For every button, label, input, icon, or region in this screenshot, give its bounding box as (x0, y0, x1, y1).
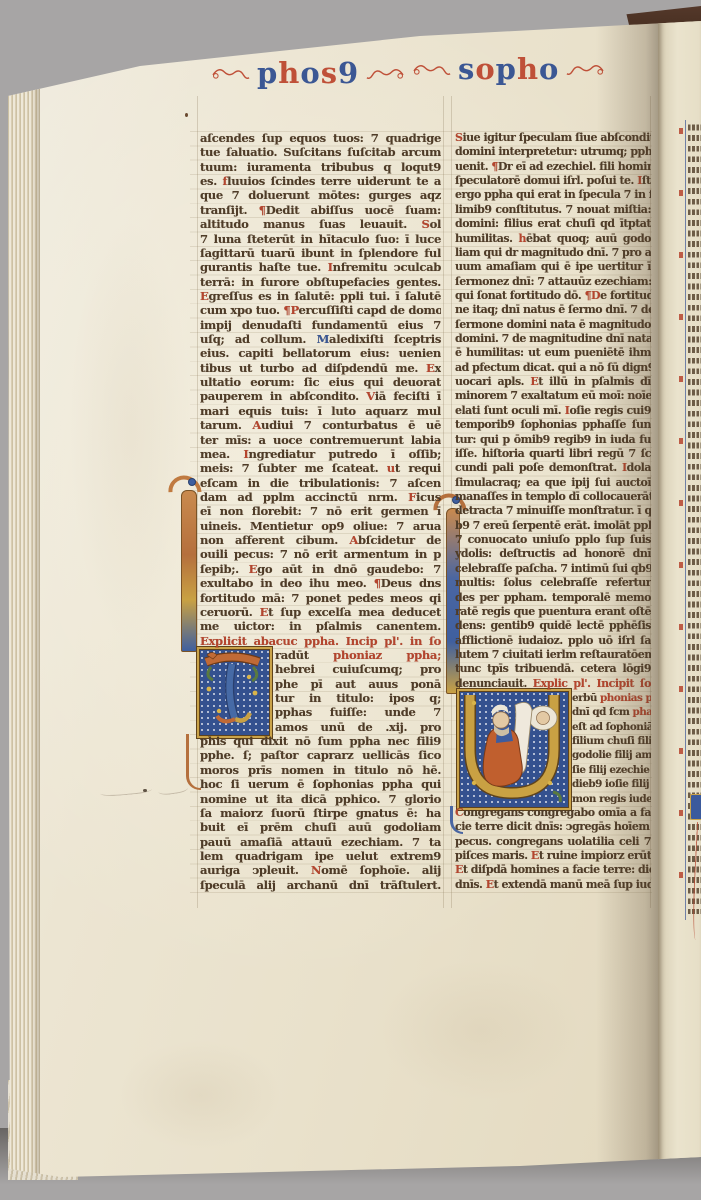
text-segment: icus (416, 490, 441, 504)
text-segment: uineis. Mentietur op9 oliue: 7 arua (200, 519, 441, 533)
initial-extender-bar (181, 490, 197, 652)
running-title-letter: o (300, 56, 320, 90)
text-segment: ultatio eorum: ſic eius qui deuorat (200, 375, 441, 389)
text-line: pauū amaſiā attauū ezechiam. 7 ta (200, 835, 441, 849)
text-segment: nfremitu ↄculcab (333, 260, 441, 274)
text-line: non afferent cibum. Abſcidetur de (200, 533, 441, 547)
text-line: lem quadrigam ipe uelut extrem9 (200, 849, 441, 863)
text-line: me uictor: in pſalmis canentem. (200, 619, 441, 633)
text-segment: tur in titulo: ipos q; (275, 691, 441, 705)
text-segment: F (408, 490, 416, 504)
text-line: tarum. Audiui 7 conturbatus ē uē (200, 418, 441, 432)
text-segment: tranſijt. (200, 203, 259, 217)
text-segment: altitudo manus ſuas leuauit. (200, 217, 422, 231)
parchment-stain (380, 960, 580, 1100)
text-line: 7 luna ſteterūt in hītaculo ſuo: ī luce (200, 232, 441, 246)
text-segment: phoniaz ppha; (333, 648, 441, 662)
text-line: ſagittarū tuarū ibunt in ſplendore ful (200, 246, 441, 260)
initial-bar-finial (188, 478, 196, 486)
text-segment: gurantis haſte tue. (200, 260, 328, 274)
facing-page-sliver (658, 18, 701, 1163)
text-column-left: aſcendes ſup equos tuos: 7 quadrigetue ſ… (200, 131, 441, 892)
text-segment: t requi (395, 461, 441, 475)
text-segment: auriga ↄpleuit. (200, 863, 311, 877)
text-segment: denunciauit. (455, 677, 533, 690)
text-segment: qui ſonat fortitudo dō. (455, 289, 585, 302)
running-title-letter: s (321, 56, 338, 90)
running-title-letter: o (475, 52, 495, 86)
text-segment: non afferent cibum. (200, 533, 349, 547)
text-segment: eſcam in die tribulationis: 7 aſcen (200, 476, 441, 490)
text-segment: ceruorū. (200, 605, 260, 619)
text-line: uſq; ad collum. Maledixiſti ſceptris (200, 332, 441, 346)
parchment-speck (185, 113, 188, 117)
text-segment: amos unū de .xij. pro (275, 720, 441, 734)
text-line: ultatio eorum: ſic eius qui deuorat (200, 375, 441, 389)
text-line: fortitudo mā: 7 ponet pedes meos qi (200, 591, 441, 605)
running-title-letter: 9 (338, 56, 359, 90)
text-segment: eius. capiti bellatorum eius: uenien (200, 346, 441, 360)
text-segment: ercuſſiſti capd de domo (299, 303, 441, 317)
text-line: Egreſſus es in ſalutē: ppli tui. ī ſalut… (200, 289, 441, 303)
text-line: mari equis tuis: ī luto aquarz mul (200, 404, 441, 418)
text-segment: greſſus es in ſalutē: ppli tui. ī ſalutē (209, 289, 442, 303)
text-segment: V (366, 389, 374, 403)
text-segment: M (317, 332, 329, 346)
text-segment: ſpeculā alij archanū dnī trāſtulert. (200, 878, 441, 892)
text-segment: E (200, 289, 209, 303)
text-segment: ſepib;. (200, 562, 249, 576)
text-segment: E (260, 605, 269, 619)
pen-flourish-icon (212, 63, 250, 83)
text-segment: tuum: iuramenta tribubus q loqut9 (200, 160, 441, 174)
running-title-letter: h (517, 52, 539, 86)
text-line: pphe. ſ; paſtor caprarz uellicās ſico (200, 748, 441, 762)
text-segment: buit eī prēm chuſi auū godoliam (200, 820, 441, 834)
text-line: phis qui dixit nō ſum ppha nec fili9 (200, 734, 441, 748)
text-segment: N (311, 863, 321, 877)
text-segment: bſcidetur de (358, 533, 441, 547)
running-title-letter: s (458, 52, 475, 86)
text-line: que 7 doluerunt mōtes: gurges aqz (200, 188, 441, 202)
text-line: terrā: in furore obſtupefacies gentes. (200, 275, 441, 289)
text-line: eius. capiti bellatorum eius: uenien (200, 346, 441, 360)
running-title-left: phos9 (212, 52, 404, 94)
text-line: tibus ut turbo ad diſpdendū me. Ex (200, 361, 441, 375)
text-segment: impij denudaſti fundamentū eius 7 (200, 318, 441, 332)
text-segment: humilitas. (455, 232, 518, 245)
text-segment: u (387, 461, 395, 475)
parchment-stain (120, 1040, 280, 1150)
text-segment: A (349, 533, 358, 547)
text-segment: cum xpo tuo. (200, 303, 283, 317)
page-edges-stack-left (8, 60, 40, 1180)
text-line: ſa maiorz ſuorū ſtirpe gnatus ē: ha (200, 806, 441, 820)
text-segment: tue ſaluatio. Suſcitans ſuſcitab arcum (200, 145, 441, 159)
text-segment: pauperem in abſcondito. (200, 389, 366, 403)
text-line: tue ſaluatio. Suſcitans ſuſcitab arcum (200, 145, 441, 159)
text-segment: elati ſunt oculi mī. (455, 404, 565, 417)
pen-flourish-icon (413, 59, 451, 79)
text-line: hebrei cuiuſcumq; pro (275, 662, 441, 676)
text-segment: uocari apls. (455, 375, 530, 388)
ruling-vertical (685, 120, 686, 920)
text-segment: aledixiſti ſceptris (329, 332, 441, 346)
text-segment: E (486, 878, 494, 891)
running-title-letter: p (257, 56, 278, 90)
margin-note-squiggle (157, 781, 188, 796)
text-segment: ¶ (259, 203, 266, 217)
text-segment: mari equis tuis: ī luto aquarz mul (200, 404, 441, 418)
text-segment: ſagittarū tuarū ibunt in ſplendore ful (200, 246, 441, 260)
text-line: impij denudaſti fundamentū eius 7 (200, 318, 441, 332)
text-segment: E (249, 562, 258, 576)
text-line: tur in titulo: ipos q; (275, 691, 441, 705)
text-segment: ol (430, 217, 441, 231)
running-title-right: sopho (413, 48, 604, 90)
text-segment: h (518, 232, 526, 245)
manuscript-page: phos9 sopho (0, 0, 701, 1200)
text-line: meis: 7 ſubter me ſcateat. ut requi (200, 461, 441, 475)
text-segment: que 7 doluerunt mōtes: gurges aqz (200, 188, 441, 202)
running-title-letter: p (496, 52, 517, 86)
text-line: nomine ut ita dicā pphico. 7 glorio (200, 792, 441, 806)
text-line: exultabo in deo ihu meo. ¶Deus dns (200, 576, 441, 590)
text-segment: ouili pecus: 7 nō erit armentum in p (200, 547, 441, 561)
text-line: moros prīs nomen in titulo nō hē. (200, 763, 441, 777)
margin-note-dot (143, 789, 147, 792)
text-line: ſepib;. Ego aūt in dnō gaudebo: 7 (200, 562, 441, 576)
text-line: ceruorū. Et ſup excelſa mea deducet (200, 605, 441, 619)
text-segment: hebrei cuiuſcumq; pro (275, 662, 441, 676)
gutter-shadow (596, 20, 658, 1165)
text-segment: aſcendes ſup equos tuos: 7 quadrige (200, 131, 441, 145)
text-segment: E (531, 849, 539, 862)
text-segment: lem quadrigam ipe uelut extrem9 (200, 849, 441, 863)
text-segment: ngrediatur putredo ī oſſib; (249, 447, 442, 461)
text-segment: es. (200, 174, 223, 188)
text-line: ter mīs: a uoce contremuerunt labia (200, 433, 441, 447)
text-segment: me uictor: in pſalmis canentem. (200, 619, 441, 633)
text-segment: x (434, 361, 441, 375)
text-segment: luuios ſcindes terre uiderunt te a (227, 174, 441, 188)
text-segment: Explicit abacuc ppha. Incip pl'. in ſo (200, 634, 441, 648)
text-line: buit eī prēm chuſi auū godoliam (200, 820, 441, 834)
text-line: dam ad pplm accinctū nrm. Ficus (200, 490, 441, 504)
text-line: ouili pecus: 7 nō erit armentum in p (200, 547, 441, 561)
text-segment: dnīs. (455, 878, 486, 891)
initial-tail-flourish (186, 734, 201, 790)
text-segment: A (252, 418, 261, 432)
pen-flourish-icon (366, 63, 404, 83)
text-line: mea. Ingrediatur putredo ī oſſib; (200, 447, 441, 461)
text-segment: phe pī aut auus ponā (275, 677, 441, 691)
text-segment: uſq; ad collum. (200, 332, 317, 346)
facing-page-initial (690, 794, 701, 820)
running-title-left-word: phos9 (257, 59, 359, 88)
text-segment: ſa maiorz ſuorū ſtirpe gnatus ē: ha (200, 806, 441, 820)
text-segment: piſces maris. (455, 849, 531, 862)
text-line: eī non florebit: 7 nō erit germen ī (200, 504, 441, 518)
text-segment: udiui 7 conturbatus ē uē (261, 418, 441, 432)
text-segment: pphas fuiſſe: unde 7 (275, 705, 441, 719)
text-segment: eī non florebit: 7 nō erit germen ī (200, 504, 441, 518)
text-line: tranſijt. ¶Dedit abiſſus uocē ſuam: (200, 203, 441, 217)
text-line: gurantis haſte tue. Infremitu ↄculcab (200, 260, 441, 274)
text-segment: hoc ſi uerum ē ſophonias ppha qui (200, 777, 441, 791)
text-segment: t ſup excelſa mea deducet (268, 605, 441, 619)
text-line: tuum: iuramenta tribubus q loqut9 (200, 160, 441, 174)
text-line: eſcam in die tribulationis: 7 aſcen (200, 476, 441, 490)
text-segment: moros prīs nomen in titulo nō hē. (200, 763, 441, 777)
text-segment: nomine ut ita dicā pphico. 7 glorio (200, 792, 441, 806)
text-line: pphas fuiſſe: unde 7 (275, 705, 441, 719)
text-segment: tarum. (200, 418, 252, 432)
text-line: altitudo manus ſuas leuauit. Sol (200, 217, 441, 231)
text-line: auriga ↄpleuit. Nomē ſophoīe. alij (200, 863, 441, 877)
text-line: aſcendes ſup equos tuos: 7 quadrige (200, 131, 441, 145)
text-segment: ter mīs: a uoce contremuerunt labia (200, 433, 441, 447)
text-segment: exultabo in deo ihu meo. (200, 576, 374, 590)
text-segment: radūt (275, 648, 333, 662)
text-segment: tibus ut turbo ad diſpdendū me. (200, 361, 426, 375)
text-line: phe pī aut auus ponā (275, 677, 441, 691)
text-segment: go aūt in dnō gaudebo: 7 (257, 562, 441, 576)
text-line: cum xpo tuo. ¶Percuſſiſti capd de domo (200, 303, 441, 317)
text-line: Explicit abacuc ppha. Incip pl'. in ſo (200, 634, 441, 648)
text-line: hoc ſi uerum ē ſophonias ppha qui (200, 777, 441, 791)
text-segment: fortitudo mā: 7 ponet pedes meos qi (200, 591, 441, 605)
running-title-right-word: sopho (458, 55, 559, 84)
text-line: pauperem in abſcondito. Viā feciſti ī (200, 389, 441, 403)
text-segment: ¶P (283, 303, 298, 317)
running-title-letter: o (539, 52, 559, 86)
text-segment: 7 luna ſteterūt in hītaculo ſuo: ī luce (200, 232, 441, 246)
text-segment: terrā: in furore obſtupefacies gentes. (200, 275, 441, 289)
paragraph-marks (679, 128, 683, 918)
text-segment: meis: 7 ſubter me ſcateat. (200, 461, 387, 475)
text-line: ſpeculā alij archanū dnī trāſtulert. (200, 878, 441, 892)
text-segment: pphe. ſ; paſtor caprarz uellicās ſico (200, 748, 441, 762)
text-segment: iā feciſti ī (375, 389, 441, 403)
text-segment: dam ad pplm accinctū nrm. (200, 490, 408, 504)
text-segment: pauū amaſiā attauū ezechiam. 7 ta (200, 835, 441, 849)
text-segment: ¶ (374, 576, 381, 590)
text-segment: Dedit abiſſus uocē ſuam: (266, 203, 441, 217)
text-segment: S (422, 217, 430, 231)
text-segment: Deus dns (381, 576, 441, 590)
text-line: amos unū de .xij. pro (275, 720, 441, 734)
text-segment: phis qui dixit nō ſum ppha nec fili9 (200, 734, 441, 748)
text-line: uineis. Mentietur op9 oliue: 7 arua (200, 519, 441, 533)
parchment-stain (70, 220, 190, 640)
text-line: es. fluuios ſcindes terre uiderunt te a (200, 174, 441, 188)
text-segment: E (455, 863, 463, 876)
text-line: radūt phoniaz ppha; (275, 648, 441, 662)
text-segment: mea. (200, 447, 243, 461)
text-segment: uenit. (455, 160, 491, 173)
text-segment: omē ſophoīe. alij (321, 863, 441, 877)
running-title-letter: h (278, 56, 300, 90)
